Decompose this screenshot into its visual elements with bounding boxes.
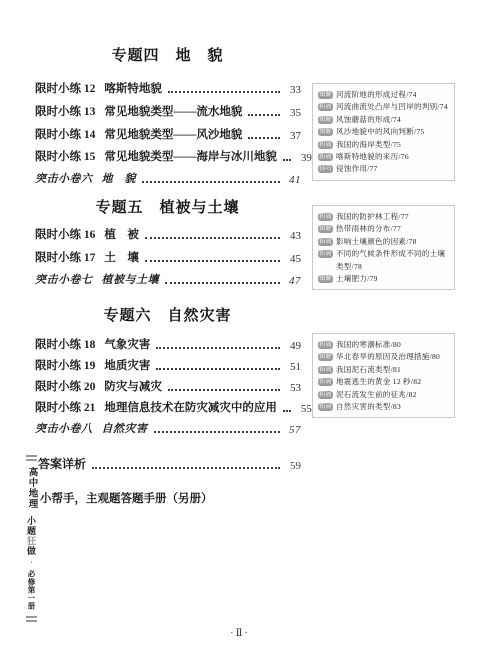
toc-entry[interactable]: 限时小练 14 常见地貌类型——风沙地貌 37 — [35, 126, 301, 142]
entry-title: 地质灾害 — [104, 357, 150, 373]
entry-title: 植被与土壤 — [102, 271, 160, 287]
margin-note: 技巧侵蚀作用/77 — [318, 163, 451, 175]
dot-leader — [168, 91, 280, 93]
spine-volume-title: 必修第一册 — [26, 570, 37, 610]
note-tag: 拓展 — [318, 341, 333, 349]
note-tag: 拓展 — [318, 213, 333, 221]
dot-leader — [248, 114, 280, 116]
page-number-footer: ·Ⅱ· — [0, 628, 480, 639]
entry-page-number: 47 — [285, 275, 301, 287]
entry-title: 常见地貌类型——海岸与冰川地貌 — [104, 148, 277, 164]
entry-page-number: 43 — [285, 230, 301, 242]
entry-label: 限时小练 21 — [35, 399, 95, 415]
dot-leader — [283, 410, 291, 412]
note-text: 侵蚀作用/77 — [336, 164, 378, 173]
note-tag: 拓展 — [318, 153, 333, 161]
note-text: 我国泥石流类型/81 — [336, 365, 401, 374]
entry-title: 地理信息技术在防灾减灾中的应用 — [104, 399, 277, 415]
entry-label: 限时小练 20 — [35, 378, 95, 394]
dot-leader — [154, 431, 281, 433]
margin-note: 拓展我国的防护林工程/77 — [318, 211, 451, 223]
toc-entry-quiz[interactable]: 突击小卷七 植被与土壤 47 — [35, 271, 301, 287]
note-text: 热带雨林的分布/77 — [336, 224, 401, 233]
entry-page-number: 33 — [285, 84, 301, 96]
entry-page-number: 59 — [285, 460, 301, 472]
entry-label: 突击小卷七 — [35, 271, 93, 287]
helper-booklet-note: 小帮手，主观题答题手册（另册） — [40, 490, 213, 506]
entry-title: 植 被 — [104, 226, 139, 242]
section-title-natural-disasters: 专题六 自然灾害 — [30, 304, 305, 325]
margin-note: 拓展不同的气候条件形成不同的土壤类型/78 — [318, 248, 451, 273]
note-text: 影响土壤颜色的因素/78 — [336, 237, 417, 246]
margin-notes-box-natural-disasters: 拓展我国的寒潮标准/80 图解华北春旱的原因及治理措施/80 拓展我国泥石流类型… — [312, 333, 455, 418]
toc-entry[interactable]: 限时小练 18 气象灾害 49 — [35, 336, 301, 352]
margin-note: 拓展泥石流发生前的征兆/82 — [318, 389, 451, 401]
note-text: 我国的寒潮标准/80 — [336, 340, 401, 349]
entry-page-number: 45 — [285, 253, 301, 265]
note-tag: 拓展 — [318, 250, 333, 258]
note-tag: 拓展 — [318, 238, 333, 246]
section-title-landforms: 专题四 地 貌 — [30, 44, 305, 65]
note-text: 土壤肥力/79 — [336, 274, 378, 283]
dot-leader — [165, 282, 280, 284]
toc-entry[interactable]: 限时小练 15 常见地貌类型——海岸与冰川地貌 39 — [35, 148, 301, 164]
dot-leader — [145, 237, 280, 239]
entry-page-number: 37 — [285, 130, 301, 142]
book-spine: 高中地理 小题狂做 · 必修第一册 — [23, 455, 40, 626]
entry-label: 限时小练 18 — [35, 336, 95, 352]
note-text: 风沙地貌中的风向判断/75 — [336, 127, 424, 136]
note-tag: 拓展 — [318, 366, 333, 374]
margin-note: 图解风沙地貌中的风向判断/75 — [318, 126, 451, 138]
note-text: 喀斯特地貌的来历/76 — [336, 152, 409, 161]
spine-series-title: 高中地理 — [25, 465, 39, 511]
entry-page-number: 39 — [296, 152, 312, 164]
dot-leader — [283, 159, 291, 161]
note-tag: 拓展 — [318, 391, 333, 399]
spine-rule-bottom — [26, 616, 37, 622]
dot-leader — [156, 347, 280, 349]
toc-entry[interactable]: 限时小练 16 植 被 43 — [35, 226, 301, 242]
note-tag: 拓展 — [318, 378, 333, 386]
entry-page-number: 35 — [285, 107, 301, 119]
note-tag: 图解 — [318, 225, 333, 233]
entry-page-number: 57 — [285, 424, 301, 436]
dot-leader — [145, 260, 280, 262]
note-text: 华北春旱的原因及治理措施/80 — [336, 352, 440, 361]
toc-entry[interactable]: 限时小练 13 常见地貌类型——流水地貌 35 — [35, 103, 301, 119]
entry-label: 限时小练 13 — [35, 103, 95, 119]
spine-separator-dot: · — [23, 559, 40, 567]
toc-entry[interactable]: 限时小练 17 土 壤 45 — [35, 249, 301, 265]
entry-page-number: 51 — [285, 361, 301, 373]
toc-entry[interactable]: 限时小练 21 地理信息技术在防灾减灾中的应用 55 — [35, 399, 301, 415]
note-tag: 图解 — [318, 128, 333, 136]
margin-note: 图解风蚀蘑菇的形成/74 — [318, 114, 451, 126]
margin-note: 拓展地震逃生的黄金 12 秒/82 — [318, 376, 451, 388]
note-text: 我国的防护林工程/77 — [336, 212, 409, 221]
entry-title: 防灾与减灾 — [104, 378, 162, 394]
note-tag: 拓展 — [318, 403, 333, 411]
dot-leader — [248, 137, 280, 139]
margin-note: 图解河流阶地的形成过程/74 — [318, 89, 451, 101]
note-tag: 拓展 — [318, 103, 333, 111]
note-tag: 图解 — [318, 275, 333, 283]
entry-title: 常见地貌类型——流水地貌 — [104, 103, 242, 119]
spine-brand-title: 小题狂做 — [25, 516, 38, 556]
spine-rule-top — [26, 455, 37, 461]
dot-leader — [156, 368, 280, 370]
entry-page-number: 53 — [285, 382, 301, 394]
entry-page-number: 41 — [285, 174, 301, 186]
note-tag: 图解 — [318, 116, 333, 124]
toc-entry[interactable]: 限时小练 12 喀斯特地貌 33 — [35, 80, 301, 96]
margin-note: 图解热带雨林的分布/77 — [318, 223, 451, 235]
margin-note: 拓展喀斯特地貌的来历/76 — [318, 151, 451, 163]
margin-note: 拓展我国的海岸类型/75 — [318, 139, 451, 151]
toc-entry[interactable]: 限时小练 19 地质灾害 51 — [35, 357, 301, 373]
section-title-vegetation-soil: 专题五 植被与土壤 — [30, 196, 305, 217]
margin-note: 拓展自然灾害的类型/83 — [318, 401, 451, 413]
note-text: 不同的气候条件形成不同的土壤类型/78 — [336, 249, 445, 270]
note-tag: 图解 — [318, 91, 333, 99]
dot-leader — [142, 181, 280, 183]
note-text: 河流阶地的形成过程/74 — [336, 90, 417, 99]
margin-note: 拓展我国泥石流类型/81 — [318, 364, 451, 376]
margin-note: 拓展我国的寒潮标准/80 — [318, 339, 451, 351]
note-text: 自然灾害的类型/83 — [336, 402, 401, 411]
toc-entry-quiz[interactable]: 突击小卷八 自然灾害 57 — [35, 420, 301, 436]
entry-title: 喀斯特地貌 — [104, 80, 162, 96]
answers-entry[interactable]: 答案详析 59 — [38, 455, 301, 472]
entry-label: 限时小练 15 — [35, 148, 95, 164]
entry-title: 地 貌 — [102, 170, 137, 186]
margin-notes-box-landforms: 图解河流阶地的形成过程/74 拓展河流曲流处凸岸与凹岸的判别/74 图解风蚀蘑菇… — [312, 83, 455, 181]
entry-title: 自然灾害 — [102, 420, 148, 436]
note-text: 风蚀蘑菇的形成/74 — [336, 115, 401, 124]
entry-page-number: 49 — [285, 340, 301, 352]
spine-stylized-char: 狂 — [26, 536, 36, 546]
entry-label: 限时小练 19 — [35, 357, 95, 373]
toc-page: 专题四 地 貌 限时小练 12 喀斯特地貌 33 限时小练 13 常见地貌类型—… — [0, 0, 480, 668]
margin-notes-box-vegetation-soil: 拓展我国的防护林工程/77 图解热带雨林的分布/77 拓展影响土壤颜色的因素/7… — [312, 205, 455, 290]
note-text: 河流曲流处凸岸与凹岸的判别/74 — [336, 102, 448, 111]
entry-label: 限时小练 14 — [35, 126, 95, 142]
margin-note: 拓展河流曲流处凸岸与凹岸的判别/74 — [318, 101, 451, 113]
entry-title: 常见地貌类型——风沙地貌 — [104, 126, 242, 142]
margin-note: 拓展影响土壤颜色的因素/78 — [318, 236, 451, 248]
note-text: 地震逃生的黄金 12 秒/82 — [336, 377, 421, 386]
note-tag: 技巧 — [318, 165, 333, 173]
dot-leader — [168, 389, 280, 391]
entry-page-number: 55 — [296, 403, 312, 415]
margin-note: 图解土壤肥力/79 — [318, 273, 451, 285]
toc-entry[interactable]: 限时小练 20 防灾与减灾 53 — [35, 378, 301, 394]
dot-leader — [92, 467, 280, 469]
note-text: 泥石流发生前的征兆/82 — [336, 390, 417, 399]
note-text: 我国的海岸类型/75 — [336, 140, 401, 149]
entry-label: 限时小练 12 — [35, 80, 95, 96]
entry-title: 气象灾害 — [104, 336, 150, 352]
entry-label: 突击小卷六 — [35, 170, 93, 186]
entry-label: 限时小练 16 — [35, 226, 95, 242]
margin-note: 图解华北春旱的原因及治理措施/80 — [318, 351, 451, 363]
entry-label: 突击小卷八 — [35, 420, 93, 436]
toc-entry-quiz[interactable]: 突击小卷六 地 貌 41 — [35, 170, 301, 186]
entry-label: 限时小练 17 — [35, 249, 95, 265]
note-tag: 图解 — [318, 353, 333, 361]
note-tag: 拓展 — [318, 141, 333, 149]
answers-label: 答案详析 — [38, 455, 86, 472]
entry-title: 土 壤 — [104, 249, 139, 265]
